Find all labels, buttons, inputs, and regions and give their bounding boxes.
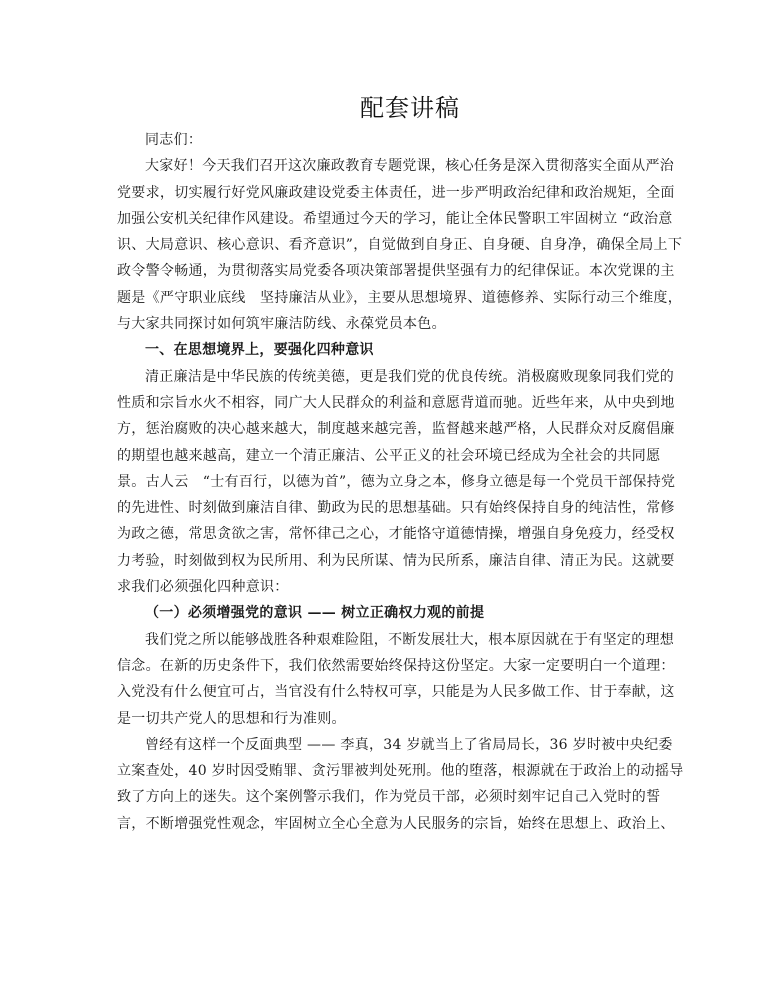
case-study-paragraph: 曾经有这样一个反面典型 —— 李真，34 岁就当上了省局局长，36 岁时被中央纪… xyxy=(117,732,657,837)
paragraph-line: 是一切共产党人的思想和行为准则。 xyxy=(117,706,657,732)
paragraph-line: 我们党之所以能够战胜各种艰难险阻，不断发展壮大，根本原因就在于有坚定的理想 xyxy=(117,627,657,653)
section-heading: 一、在思想境界上，要强化四种意识 xyxy=(117,337,657,363)
paragraph-line: 致了方向上的迷失。这个案例警示我们，作为党员干部，必须时刻牢记自己入党时的誓 xyxy=(117,784,657,810)
paragraph-line: 识、大局意识、核心意识、看齐意识”，自觉做到自身正、自身硬、自身净，确保全局上下 xyxy=(117,232,657,258)
document-body: 同志们： 大家好！今天我们召开这次廉政教育专题党课，核心任务是深入贯彻落实全面从… xyxy=(117,127,657,837)
paragraph-line: 的期望也越来越高，建立一个清正廉洁、公平正义的社会环境已经成为全社会的共同愿 xyxy=(117,443,657,469)
subsection1-paragraph: 我们党之所以能够战胜各种艰难险阻，不断发展壮大，根本原因就在于有坚定的理想 信念… xyxy=(117,627,657,732)
paragraph-line: 方，惩治腐败的决心越来越大，制度越来越完善，监督越来越严格，人民群众对反腐倡廉 xyxy=(117,416,657,442)
paragraph-line: 加强公安机关纪律作风建设。希望通过今天的学习，能让全体民警职工牢固树立 “政治意 xyxy=(117,206,657,232)
paragraph-line: 求我们必须强化四种意识： xyxy=(117,574,657,600)
paragraph-line: 力考验，时刻做到权为民所用、利为民所谋、情为民所系，廉洁自律、清正为民。这就要 xyxy=(117,548,657,574)
paragraph-line: 题是《严守职业底线 坚持廉洁从业》，主要从思想境界、道德修养、实际行动三个维度， xyxy=(117,285,657,311)
paragraph-line: 曾经有这样一个反面典型 —— 李真，34 岁就当上了省局局长，36 岁时被中央纪… xyxy=(117,732,657,758)
subsection-heading: （一）必须增强党的意识 —— 树立正确权力观的前提 xyxy=(117,600,657,626)
paragraph-line: 立案查处，40 岁时因受贿罪、贪污罪被判处死刑。他的堕落，根源就在于政治上的动摇… xyxy=(117,758,657,784)
paragraph-line: 党要求，切实履行好党风廉政建设党委主体责任，进一步严明政治纪律和政治规矩，全面 xyxy=(117,180,657,206)
paragraph-line: 大家好！今天我们召开这次廉政教育专题党课，核心任务是深入贯彻落实全面从严治 xyxy=(117,153,657,179)
paragraph-line: 的先进性、时刻做到廉洁自律、勤政为民的思想基础。只有始终保持自身的纯洁性，常修 xyxy=(117,495,657,521)
paragraph-line: 信念。在新的历史条件下，我们依然需要始终保持这份坚定。大家一定要明白一个道理： xyxy=(117,653,657,679)
paragraph-line: 清正廉洁是中华民族的传统美德，更是我们党的优良传统。消极腐败现象同我们党的 xyxy=(117,364,657,390)
paragraph-line: 与大家共同探讨如何筑牢廉洁防线、永葆党员本色。 xyxy=(117,311,657,337)
paragraph-line: 为政之德，常思贪欲之害，常怀律己之心，才能恪守道德情操，增强自身免疫力，经受权 xyxy=(117,521,657,547)
paragraph-line: 入党没有什么便宜可占，当官没有什么特权可享，只能是为人民多做工作、甘于奉献，这 xyxy=(117,679,657,705)
salutation: 同志们： xyxy=(117,127,657,153)
paragraph-line: 性质和宗旨水火不相容，同广大人民群众的利益和意愿背道而驰。近些年来，从中央到地 xyxy=(117,390,657,416)
paragraph-line: 政令警令畅通，为贯彻落实局党委各项决策部署提供坚强有力的纪律保证。本次党课的主 xyxy=(117,258,657,284)
intro-paragraph: 大家好！今天我们召开这次廉政教育专题党课，核心任务是深入贯彻落实全面从严治 党要… xyxy=(117,153,657,337)
document-title: 配套讲稿 xyxy=(0,88,770,123)
paragraph-line: 景。古人云 “士有百行，以德为首”，德为立身之本，修身立德是每一个党员干部保持党 xyxy=(117,469,657,495)
section1-paragraph: 清正廉洁是中华民族的传统美德，更是我们党的优良传统。消极腐败现象同我们党的 性质… xyxy=(117,364,657,601)
paragraph-line: 言，不断增强党性观念，牢固树立全心全意为人民服务的宗旨，始终在思想上、政治上、 xyxy=(117,811,657,837)
document-page: 配套讲稿 同志们： 大家好！今天我们召开这次廉政教育专题党课，核心任务是深入贯彻… xyxy=(0,0,770,1000)
